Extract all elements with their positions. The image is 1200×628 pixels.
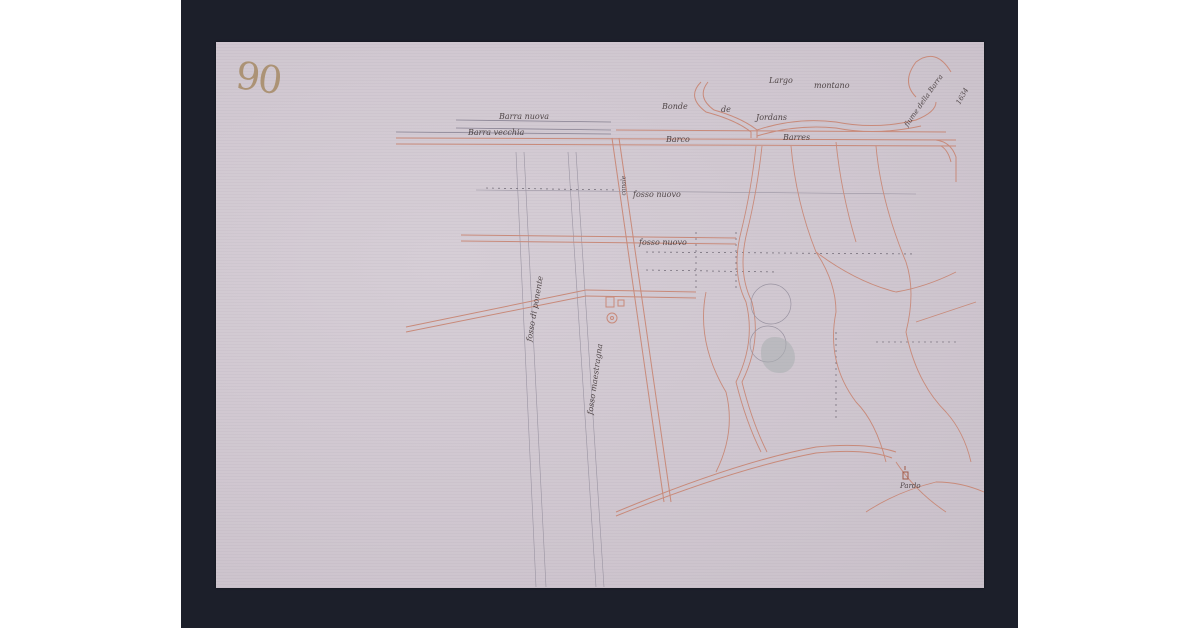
label-jordans: Jordans xyxy=(756,113,787,122)
map-drawing xyxy=(216,42,984,588)
building-symbol xyxy=(606,297,624,323)
label-barra-vecchia: Barra vecchia xyxy=(468,128,524,137)
label-barres: Barres xyxy=(783,133,810,142)
label-fosso-nuovo-lower: fosso nuovo xyxy=(639,238,687,247)
map-sheet: 90 Barra nuova Barra vecchia Barco Barre… xyxy=(216,42,984,588)
label-largo: Largo xyxy=(769,76,793,85)
label-vertical-canal: canale xyxy=(621,176,628,196)
label-barra-nuova: Barra nuova xyxy=(499,112,549,121)
label-village: Pardo xyxy=(900,482,921,490)
label-de: de xyxy=(721,105,731,114)
label-montano: montano xyxy=(814,81,850,90)
label-barco: Barco xyxy=(666,135,690,144)
label-fosso-nuovo-upper: fosso nuovo xyxy=(633,190,681,199)
label-bonde: Bonde xyxy=(662,102,688,111)
folio-number: 90 xyxy=(233,53,283,103)
